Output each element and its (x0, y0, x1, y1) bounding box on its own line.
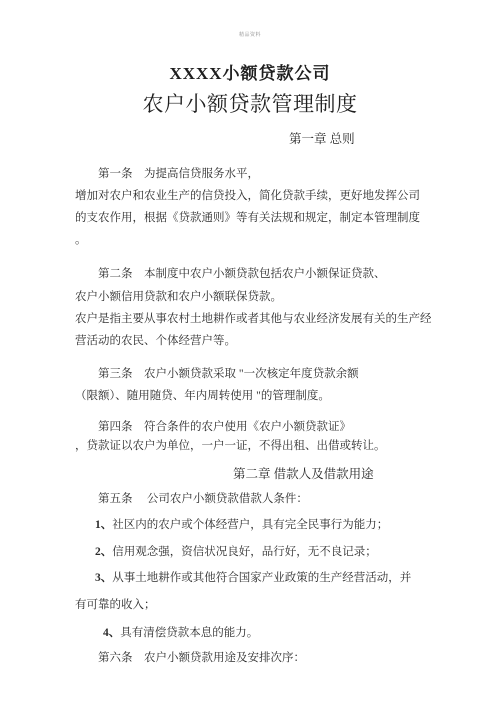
condition-item-3: 3、从事土地耕作或其他符合国家产业政策的生产经营活动，并 (95, 572, 411, 585)
article-4-line-1: 第四条 符合条件的农户使用《农户小额贷款证》 (98, 421, 351, 434)
article-1-line-1: 第一条 为提高信贷服务水平， (98, 168, 259, 181)
condition-1-text: 社区内的农户或个体经营户，具有完全民事行为能力； (112, 519, 388, 531)
article-3-line-2: （限额）、随用随贷、年内周转使用 "的管理制度。 (75, 390, 330, 403)
document-title: 农户小额贷款管理制度 (0, 88, 500, 118)
article-2-line-1: 第二条 本制度中农户小额贷款包括农户小额保证贷款、 (98, 268, 386, 281)
article-2-line-4: 营活动的农民、个体经营户等。 (75, 335, 236, 348)
chapter-2-heading: 第二章 借款人及借款用途 (233, 468, 374, 481)
watermark-text: 精品资料 (0, 31, 500, 38)
article-5-heading: 第五条 公司农户小额贷款借款人条件： (98, 493, 308, 506)
condition-item-3-continuation: 有可靠的收入； (75, 599, 156, 612)
article-2-line-3: 农户是指主要从事农村土地耕作或者其他与农业经济发展有关的生产经 (75, 313, 432, 326)
article-2-line-2: 农户小额信用贷款和农户小额联保贷款。 (75, 291, 282, 304)
chapter-1-heading: 第一章 总则 (289, 133, 355, 146)
article-3-line-1: 第三条 农户小额贷款采取 "一次核定年度贷款余额 (98, 368, 359, 381)
condition-1-number: 1、 (95, 519, 112, 531)
condition-2-number: 2、 (95, 546, 112, 558)
condition-3-text: 从事土地耕作或其他符合国家产业政策的生产经营活动，并 (112, 572, 411, 584)
condition-item-4: 4、具有清偿贷款本息的能力。 (103, 627, 258, 640)
condition-item-2: 2、信用观念强，资信状况良好，品行好，无不良记录； (95, 546, 377, 559)
condition-4-number: 4、 (103, 627, 120, 639)
company-title: XXXX小额贷款公司 (0, 59, 500, 84)
article-4-line-2: ，贷款证以农户为单位，一户一证，不得出租、出借或转让。 (75, 440, 386, 453)
condition-2-text: 信用观念强，资信状况良好，品行好，无不良记录； (112, 546, 377, 558)
article-1-line-2: 增加对农户和农业生产的信贷投入，简化贷款手续，更好地发挥公司 (75, 190, 420, 203)
condition-3-number: 3、 (95, 572, 112, 584)
document-page: 精品资料 XXXX小额贷款公司 农户小额贷款管理制度 第一章 总则 第一条 为提… (0, 0, 500, 708)
article-1-line-3: 的支农作用，根据《贷款通则》等有关法规和规定，制定本管理制度 (75, 212, 420, 225)
condition-3-continuation-text: 有可靠的收入； (75, 599, 156, 611)
condition-item-1: 1、社区内的农户或个体经营户，具有完全民事行为能力； (95, 519, 388, 532)
article-1-line-4: 。 (75, 234, 87, 247)
condition-4-text: 具有清偿贷款本息的能力。 (120, 627, 258, 639)
article-6-heading: 第六条 农户小额贷款用途及安排次序： (98, 652, 305, 665)
